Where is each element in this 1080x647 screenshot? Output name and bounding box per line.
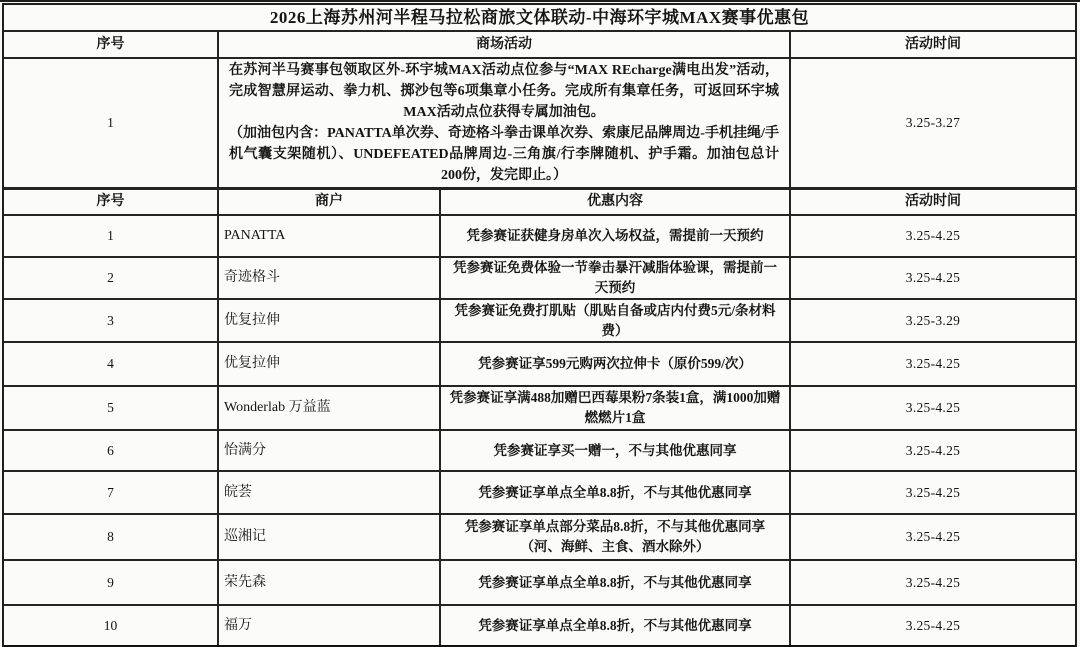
cell-merchant: 福万	[219, 606, 441, 645]
cell-offer: 凭参赛证免费体验一节拳击暴汗减脂体验课，需提前一天预约	[441, 258, 791, 298]
cell-time: 3.25-4.25	[791, 431, 1075, 470]
table-row: 6 怡满分 凭参赛证享买一赠一，不与其他优惠同享 3.25-4.25	[4, 431, 1075, 472]
cell-merchant: 怡满分	[219, 431, 441, 470]
cell-merchant: 皖荟	[219, 472, 441, 513]
cell-offer: 凭参赛证享买一赠一，不与其他优惠同享	[441, 431, 791, 470]
table-row: 2 奇迹格斗 凭参赛证免费体验一节拳击暴汗减脂体验课，需提前一天预约 3.25-…	[4, 258, 1075, 300]
activity-paragraph-1: 在苏河半马赛事包领取区外-环宇城MAX活动点位参与“MAX REcharge满电…	[229, 60, 779, 123]
table-row: 7 皖荟 凭参赛证享单点全单8.8折，不与其他优惠同享 3.25-4.25	[4, 472, 1075, 515]
cell-index: 2	[4, 258, 219, 298]
table-row: 10 福万 凭参赛证享单点全单8.8折，不与其他优惠同享 3.25-4.25	[4, 606, 1075, 647]
cell-index: 10	[4, 606, 219, 645]
cell-offer: 凭参赛证获健身房单次入场权益，需提前一天预约	[441, 216, 791, 256]
cell-offer: 凭参赛证享单点全单8.8折，不与其他优惠同享	[441, 472, 791, 513]
cell-offer: 凭参赛证享599元购两次拉伸卡（原价599/次）	[441, 343, 791, 385]
cell-time: 3.25-4.25	[791, 258, 1075, 298]
cell-index: 1	[4, 216, 219, 256]
cell-time: 3.25-4.25	[791, 387, 1075, 429]
cell-activity-description: 在苏河半马赛事包领取区外-环宇城MAX活动点位参与“MAX REcharge满电…	[219, 59, 791, 187]
column-header-index: 序号	[4, 32, 219, 57]
cell-time: 3.25-3.29	[791, 300, 1075, 341]
cell-index: 1	[4, 59, 219, 187]
table-row: 5 Wonderlab 万益蓝 凭参赛证享满488加赠巴西莓果粉7条装1盒，满1…	[4, 387, 1075, 431]
cell-index: 6	[4, 431, 219, 470]
document-title: 2026上海苏州河半程马拉松商旅文体联动-中海环宇城MAX赛事优惠包	[4, 5, 1075, 30]
table-row: 3 优复拉伸 凭参赛证免费打肌贴（肌贴自备或店内付费5元/条材料费） 3.25-…	[4, 300, 1075, 343]
mall-activity-header-row: 序号 商场活动 活动时间	[4, 32, 1075, 59]
table-row: 1 在苏河半马赛事包领取区外-环宇城MAX活动点位参与“MAX REcharge…	[4, 59, 1075, 189]
column-header-time: 活动时间	[791, 32, 1075, 57]
table-row: 1 PANATTA 凭参赛证获健身房单次入场权益，需提前一天预约 3.25-4.…	[4, 216, 1075, 258]
cell-index: 8	[4, 515, 219, 559]
column-header-offer: 优惠内容	[441, 190, 791, 214]
document-page: 2026上海苏州河半程马拉松商旅文体联动-中海环宇城MAX赛事优惠包 序号 商场…	[0, 0, 1080, 647]
cell-merchant: 奇迹格斗	[219, 258, 441, 298]
cell-time: 3.25-4.25	[791, 343, 1075, 385]
merchant-offer-header-row: 序号 商户 优惠内容 活动时间	[4, 189, 1075, 216]
cell-merchant: 优复拉伸	[219, 300, 441, 341]
column-header-time: 活动时间	[791, 190, 1075, 214]
cell-offer: 凭参赛证享单点全单8.8折，不与其他优惠同享	[441, 561, 791, 604]
cell-index: 7	[4, 472, 219, 513]
column-header-activity: 商场活动	[219, 32, 791, 57]
cell-merchant: Wonderlab 万益蓝	[219, 387, 441, 429]
table-row: 8 巡湘记 凭参赛证享单点部分菜品8.8折，不与其他优惠同享（河、海鲜、主食、酒…	[4, 515, 1075, 561]
column-header-merchant: 商户	[219, 190, 441, 214]
cell-time: 3.25-4.25	[791, 606, 1075, 645]
cell-merchant: 优复拉伸	[219, 343, 441, 385]
cell-merchant: 荣先森	[219, 561, 441, 604]
table-row: 9 荣先森 凭参赛证享单点全单8.8折，不与其他优惠同享 3.25-4.25	[4, 561, 1075, 606]
cell-time: 3.25-4.25	[791, 216, 1075, 256]
page-top-rule	[0, 0, 1080, 2]
cell-index: 9	[4, 561, 219, 604]
table-row: 4 优复拉伸 凭参赛证享599元购两次拉伸卡（原价599/次） 3.25-4.2…	[4, 343, 1075, 387]
cell-offer: 凭参赛证享满488加赠巴西莓果粉7条装1盒，满1000加赠燃燃片1盒	[441, 387, 791, 429]
cell-time: 3.25-4.25	[791, 515, 1075, 559]
column-header-index: 序号	[4, 190, 219, 214]
cell-offer: 凭参赛证享单点部分菜品8.8折，不与其他优惠同享（河、海鲜、主食、酒水除外）	[441, 515, 791, 559]
activity-paragraph-2: （加油包内含：PANATTA单次券、奇迹格斗拳击课单次券、索康尼品牌周边-手机挂…	[229, 123, 779, 186]
event-offer-table: 2026上海苏州河半程马拉松商旅文体联动-中海环宇城MAX赛事优惠包 序号 商场…	[2, 3, 1077, 647]
cell-time: 3.25-3.27	[791, 59, 1075, 187]
cell-merchant: PANATTA	[219, 216, 441, 256]
cell-offer: 凭参赛证免费打肌贴（肌贴自备或店内付费5元/条材料费）	[441, 300, 791, 341]
cell-time: 3.25-4.25	[791, 561, 1075, 604]
cell-offer: 凭参赛证享单点全单8.8折，不与其他优惠同享	[441, 606, 791, 645]
cell-time: 3.25-4.25	[791, 472, 1075, 513]
cell-index: 5	[4, 387, 219, 429]
merchant-rows: 1 PANATTA 凭参赛证获健身房单次入场权益，需提前一天预约 3.25-4.…	[4, 216, 1075, 647]
cell-merchant: 巡湘记	[219, 515, 441, 559]
title-row: 2026上海苏州河半程马拉松商旅文体联动-中海环宇城MAX赛事优惠包	[4, 5, 1075, 32]
cell-index: 3	[4, 300, 219, 341]
cell-index: 4	[4, 343, 219, 385]
